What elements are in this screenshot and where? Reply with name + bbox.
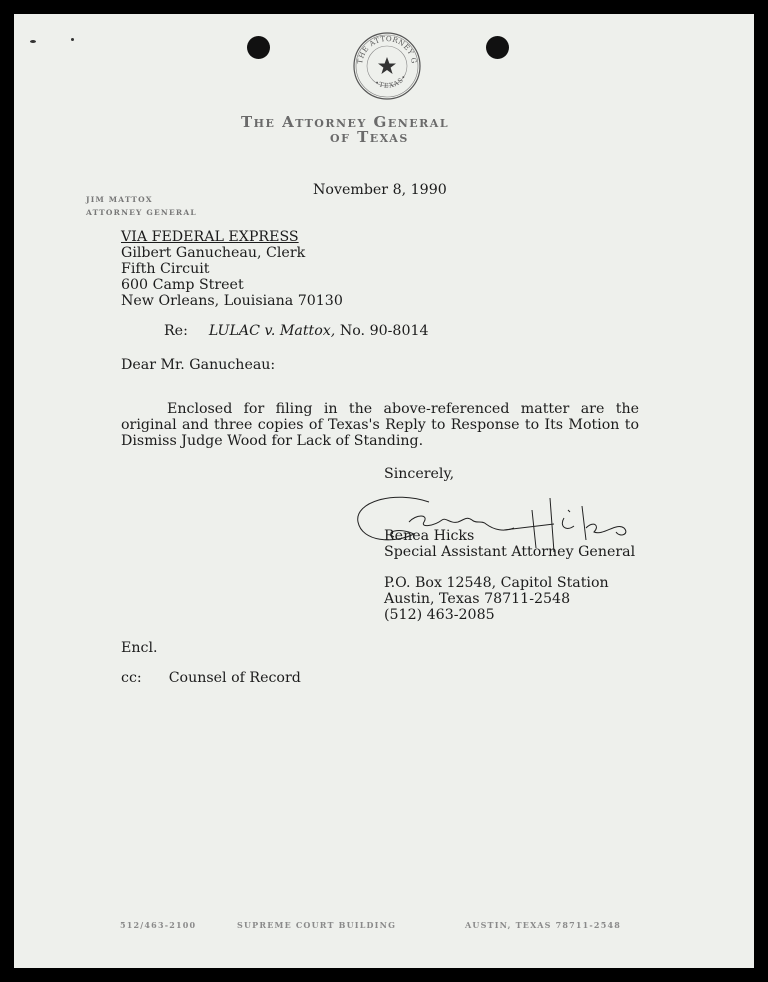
punch-hole-right: [486, 36, 509, 59]
svg-text:•TEXAS•: •TEXAS•: [373, 73, 408, 90]
letter-page: THE ATTORNEY GENERAL •TEXAS• The Attorne…: [14, 14, 754, 968]
re-case: LULAC v. Mattox,: [209, 323, 335, 339]
salutation: Dear Mr. Ganucheau:: [121, 357, 275, 373]
cc-line: cc: Counsel of Record: [121, 670, 301, 686]
punch-hole-left: [247, 36, 270, 59]
re-number: No. 90-8014: [340, 323, 429, 339]
footer-building: SUPREME COURT BUILDING: [237, 920, 396, 930]
recipient-line: Gilbert Ganucheau, Clerk: [121, 245, 305, 261]
recipient-line: Fifth Circuit: [121, 261, 209, 277]
official-title: ATTORNEY GENERAL: [86, 208, 197, 217]
signer-phone: (512) 463-2085: [384, 607, 495, 623]
scan-speck: [30, 40, 36, 43]
footer-phone: 512/463-2100: [120, 920, 196, 930]
scan-speck: [71, 38, 74, 41]
closing: Sincerely,: [384, 466, 454, 482]
signer-title: Special Assistant Attorney General: [384, 544, 635, 560]
cc-value: Counsel of Record: [169, 670, 301, 686]
delivery-method: VIA FEDERAL EXPRESS: [121, 229, 299, 245]
official-name: JIM MATTOX: [86, 195, 153, 204]
state-seal-icon: THE ATTORNEY GENERAL •TEXAS•: [352, 30, 422, 102]
footer-city: AUSTIN, TEXAS 78711-2548: [465, 920, 621, 930]
recipient-line: 600 Camp Street: [121, 277, 244, 293]
signer-address-line: P.O. Box 12548, Capitol Station: [384, 575, 609, 591]
enclosure-note: Encl.: [121, 640, 158, 656]
letterhead-title-line2: of Texas: [330, 128, 409, 146]
svg-text:THE ATTORNEY GENERAL: THE ATTORNEY GENERAL: [352, 30, 418, 65]
recipient-line: New Orleans, Louisiana 70130: [121, 293, 343, 309]
cc-label: cc:: [121, 670, 142, 686]
re-label: Re:: [164, 323, 188, 339]
body-paragraph: Enclosed for filing in the above-referen…: [121, 401, 639, 449]
signer-name: Renea Hicks: [384, 528, 474, 544]
signer-address-line: Austin, Texas 78711-2548: [384, 591, 570, 607]
letter-date: November 8, 1990: [313, 182, 447, 198]
re-line: Re: LULAC v. Mattox, No. 90-8014: [164, 323, 429, 339]
